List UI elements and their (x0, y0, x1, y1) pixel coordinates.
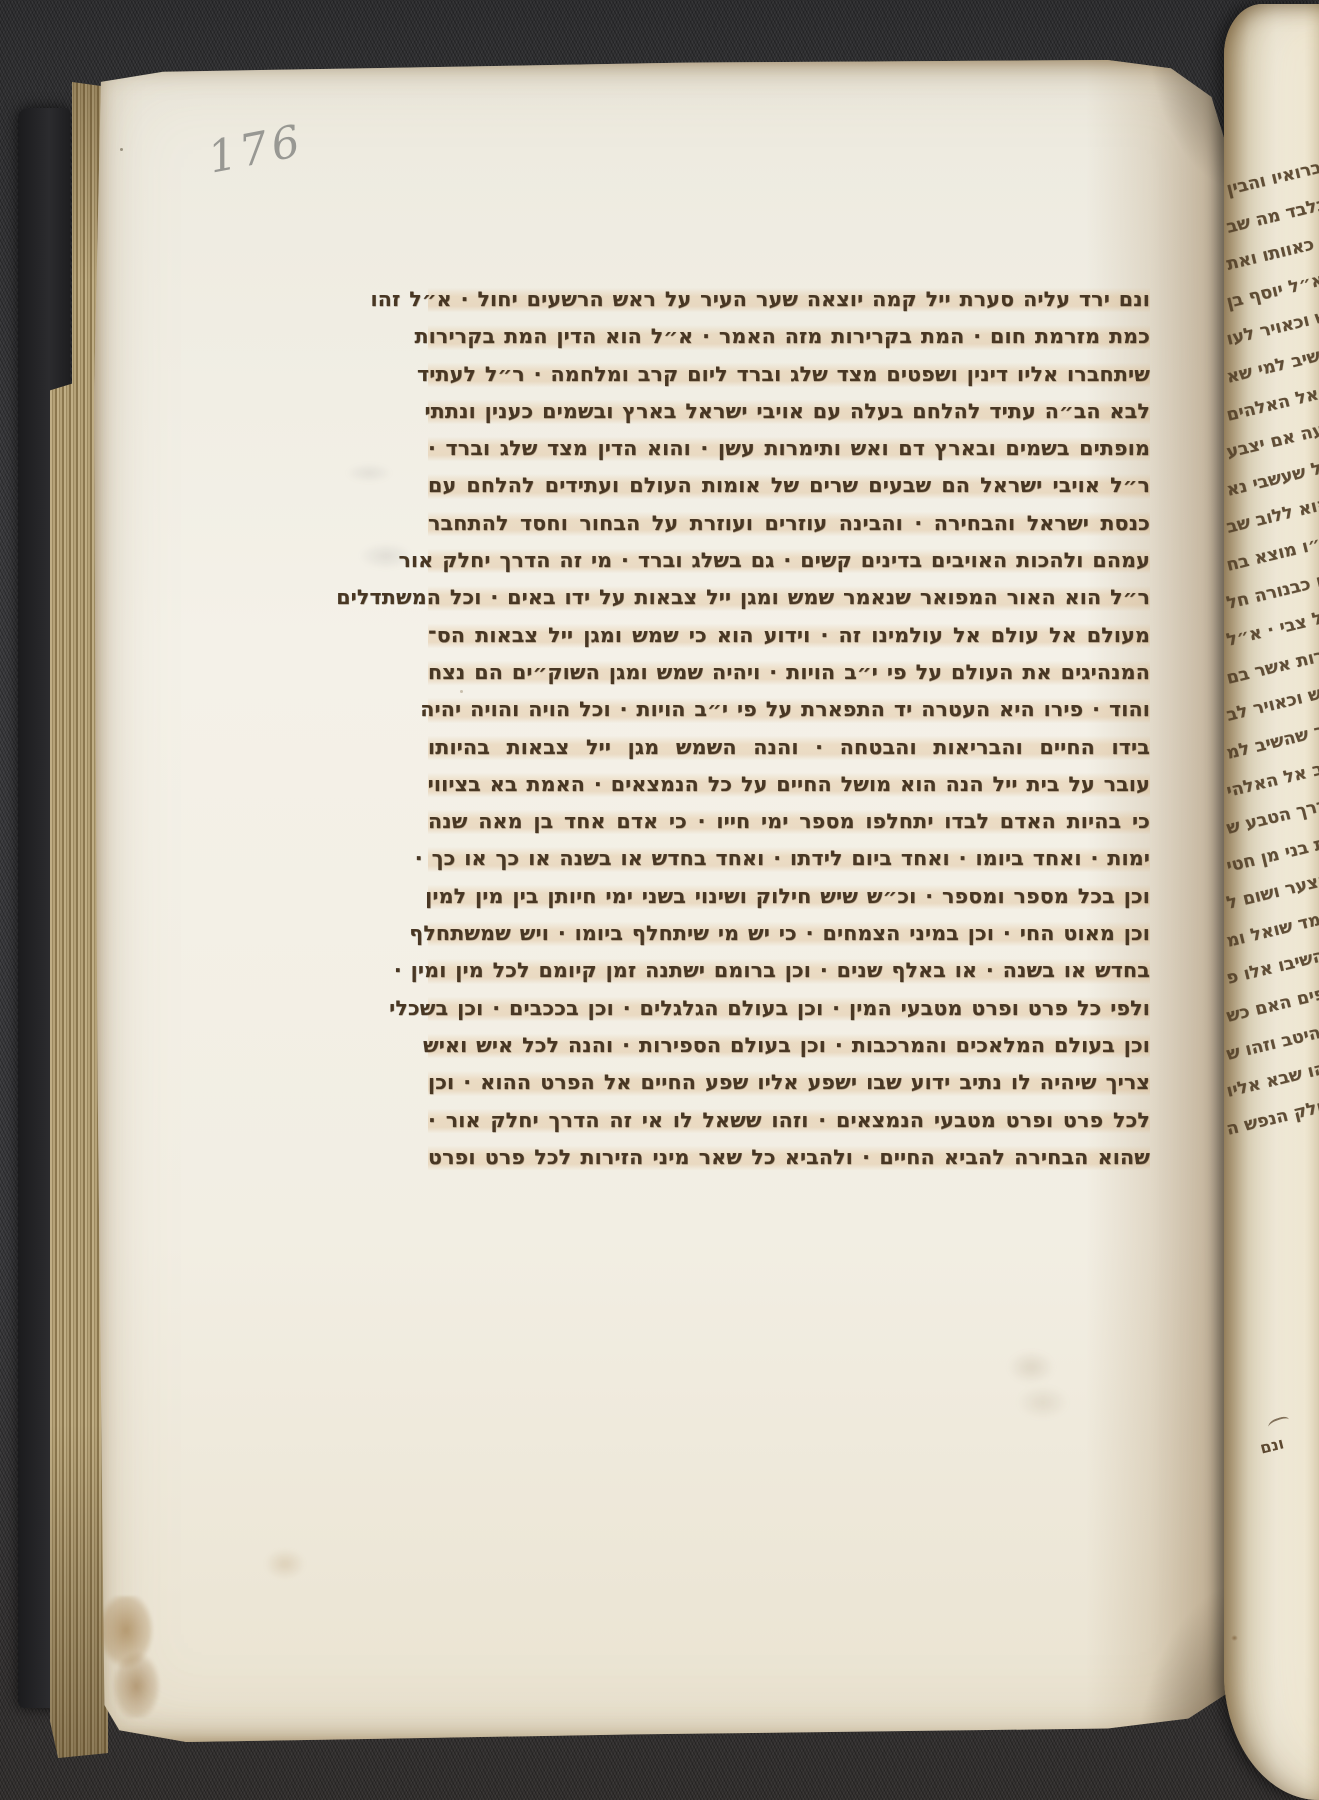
manuscript-line: וכן מאוט החי · וכן במיני הצמחים · כי יש … (428, 915, 1150, 952)
manuscript-line: לבא הב״ה עתיד להלחם בעלה עם אויבי ישראל … (428, 393, 1150, 430)
manuscript-line: כי בהיות האדם לבדו יתחלפו מספר ימי חייו … (428, 803, 1150, 840)
manuscript-line: כנסת ישראל והבחירה · והבינה עוזרים ועוזר… (428, 505, 1150, 542)
facing-page-spot (1230, 1634, 1239, 1642)
facing-page-text-fragments: ההפלא לברואיו והבין אל אינו כלבד מה שב ך… (1227, 172, 1319, 1149)
manuscript-line: עמהם ולהכות האויבים בדינים קשים · גם בשל… (428, 542, 1150, 579)
facing-page-edge: ההפלא לברואיו והבין אל אינו כלבד מה שב ך… (1224, 4, 1319, 1800)
manuscript-line: וכן בעולם המלאכים והמרכבות · וכן בעולם ה… (428, 1027, 1150, 1064)
manuscript-line: בידו החיים והבריאות והבטחה · והנה השמש מ… (428, 729, 1150, 766)
manuscript-line: עובר על בית ייל הנה הוא מושל החיים על כל… (428, 766, 1150, 803)
manuscript-line: צריך שיהיה לו נתיב ידוע שבו ישפע אליו שפ… (428, 1064, 1150, 1101)
manuscript-line: ר״ל אויבי ישראל הם שבעים שרים של אומות ה… (428, 467, 1150, 504)
manuscript-line: והוד · פירו היא העטרה יד התפארת על פי י״… (428, 691, 1150, 728)
manuscript-line: שיתחברו אליו דינין ושפטים מצד שלג וברד ל… (428, 356, 1150, 393)
manuscript-line: ימות · ואחד ביומו · ואחד ביום לידתו · וא… (428, 840, 1150, 877)
manuscript-line: מופתים בשמים ובארץ דם ואש ותימרות עשן · … (428, 430, 1150, 467)
manuscript-line: ר״ל הוא האור המפואר שנאמר שמש ומגן ייל צ… (428, 579, 1150, 616)
manuscript-text-block: ונם ירד עליה סערת ייל קמה יוצאה שער העיר… (428, 281, 1150, 1176)
manuscript-line: מעולם אל עולם אל עולמינו זה · וידוע הוא … (428, 617, 1150, 654)
manuscript-line: וכן בכל מספר ומספר · וכ״ש שיש חילוק ושינ… (428, 878, 1150, 915)
manuscript-line: שהוא הבחירה להביא החיים · ולהביא כל שאר … (428, 1139, 1150, 1176)
ink-offset-ghost (1000, 1342, 1078, 1426)
manuscript-line: ולפי כל פרט ופרט מטבעי המין · וכן בעולם … (428, 990, 1150, 1027)
manuscript-line: המנהיגים את העולם על פי י״ב הויות · ויהי… (428, 654, 1150, 691)
catchword-flourish (1267, 1415, 1292, 1433)
manuscript-photo: { "page": { "folio_number": "176", "line… (0, 0, 1319, 1800)
manuscript-line: בחדש או בשנה · או באלף שנים · וכן ברומם … (428, 952, 1150, 989)
manuscript-line: לכל פרט ופרט מטבעי הנמצאים · וזהו ששאל ל… (428, 1102, 1150, 1139)
catchword: ונם (1258, 1433, 1286, 1457)
manuscript-line: ונם ירד עליה סערת ייל קמה יוצאה שער העיר… (428, 281, 1150, 318)
manuscript-line: כמת מזרמת חום · המת בקרירות מזה האמר · א… (428, 318, 1150, 355)
